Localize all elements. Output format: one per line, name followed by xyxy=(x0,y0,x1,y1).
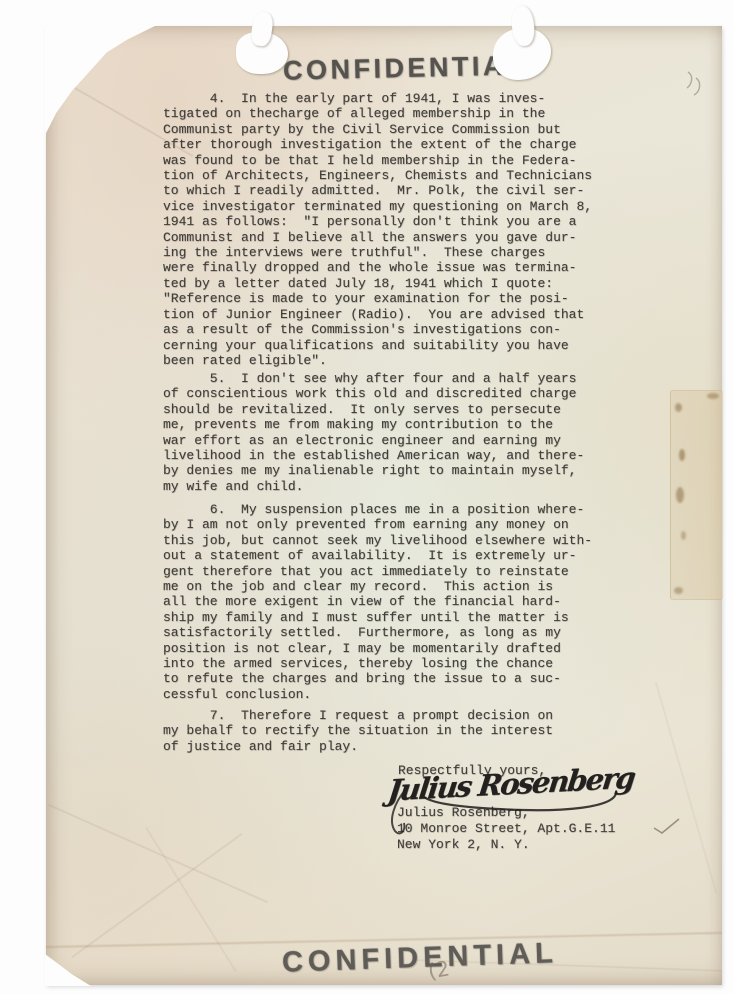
confidential-stamp-bottom: CONFIDENTIAL xyxy=(282,937,559,980)
crease-line xyxy=(654,681,718,893)
confidential-stamp-top: CONFIDENTIAL xyxy=(283,50,527,87)
torn-nick-bottom-left xyxy=(45,954,91,986)
paragraph-7: 7. Therefore I request a prompt decision… xyxy=(163,708,553,754)
document-page: CONFIDENTIAL CONFIDENTIAL 4. In the earl… xyxy=(46,26,722,985)
crease-line xyxy=(71,833,243,959)
paragraph-4: 4. In the early part of 1941, I was inve… xyxy=(163,91,592,368)
pencil-note: (2 xyxy=(426,956,451,983)
pencil-checkmark xyxy=(652,816,682,836)
paragraph-5: 5. I don't see why after four and a half… xyxy=(163,371,584,494)
torn-corner-top-left xyxy=(45,25,157,135)
crease-line xyxy=(145,827,238,973)
address-line-2: New York 2, N. Y. xyxy=(397,837,530,852)
crease-line xyxy=(48,803,268,903)
paragraph-6: 6. My suspension places me in a position… xyxy=(163,502,592,702)
pencil-scribble xyxy=(682,68,708,98)
scanned-letter: CONFIDENTIAL CONFIDENTIAL 4. In the earl… xyxy=(0,0,734,994)
tape-stain xyxy=(670,390,723,600)
signature: Julius Rosenberg xyxy=(380,767,640,815)
signature-flourish xyxy=(380,767,640,827)
